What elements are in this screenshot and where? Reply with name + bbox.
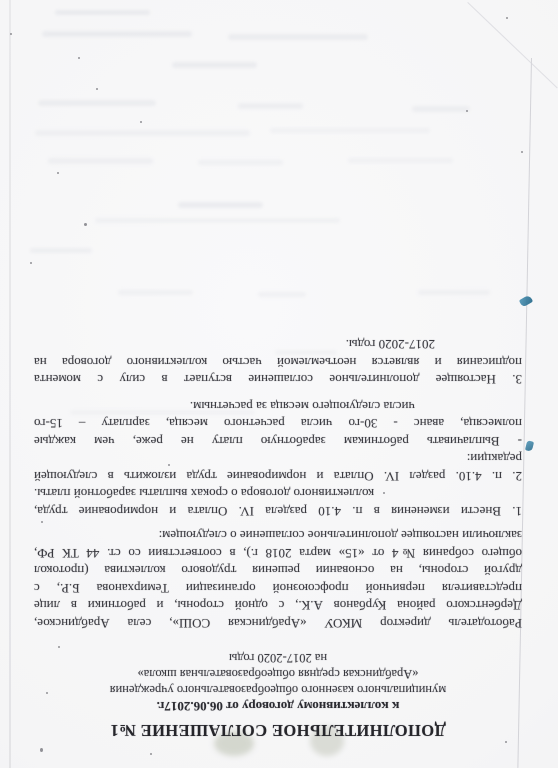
intro-line: другой стороны, на основании решения тру… xyxy=(34,562,522,580)
clause-line: 2. п. 4.10. раздел IV. Оплата и нормиров… xyxy=(34,468,522,486)
bullet-line: полмесяца, аванс - 30-го числа расчетног… xyxy=(34,415,522,433)
document-content: ДОПОЛНИТЕЛЬНОЕ СОГЛАШЕНИЕ №1 к коллектив… xyxy=(0,0,558,768)
clause-line: 2017-2020 годы. xyxy=(34,336,435,354)
intro-line: представителя первичной профсоюзной орга… xyxy=(34,580,522,598)
intro-line: заключили настоящее дополнительное согла… xyxy=(34,527,522,545)
scanned-page: ДОПОЛНИТЕЛЬНОЕ СОГЛАШЕНИЕ №1 к коллектив… xyxy=(0,0,558,768)
clause-line: подписания и является неотъемлемой часть… xyxy=(34,354,522,372)
agreement-period: на 2017-2020 годы xyxy=(34,650,522,666)
document-subtitle: к коллективному договору от 06.06.2017г. xyxy=(34,698,522,714)
organization-line: муниципального казенного общеобразовател… xyxy=(34,682,522,698)
bullet-line: числа следующего месяца за расчетным. xyxy=(34,398,415,416)
clause-line: 3. Настоящее дополнительное соглашение в… xyxy=(34,371,522,389)
document-title: ДОПОЛНИТЕЛЬНОЕ СОГЛАШЕНИЕ №1 xyxy=(34,720,522,740)
clause-1: 1. Внести изменения в п. 4.10 раздела IV… xyxy=(34,485,522,520)
intro-line: Работодатель директор МКОУ «Арабдинская … xyxy=(34,615,522,633)
organization-name: «Арабдинская средняя общеобразовательная… xyxy=(34,666,522,682)
clause-line: редакции: xyxy=(34,450,522,468)
clause-2: 2. п. 4.10. раздел IV. Оплата и нормиров… xyxy=(34,450,522,485)
clause-line: 1. Внести изменения в п. 4.10 раздела IV… xyxy=(34,503,522,521)
intro-paragraph: Работодатель директор МКОУ «Арабдинская … xyxy=(34,527,522,632)
clause-3: 3. Настоящее дополнительное соглашение в… xyxy=(34,336,522,389)
intro-line: Дербентского района Курбанов А.К., с одн… xyxy=(34,597,522,615)
bullet-line: - Выплачивать работникам заработную плат… xyxy=(34,433,522,451)
intro-line: общего собрания №4 от «15» марта 2018 г.… xyxy=(34,545,522,563)
clause-2-bullet: - Выплачивать работникам заработную плат… xyxy=(34,398,522,451)
clause-line: коллективного договора о сроках выплаты … xyxy=(34,485,522,503)
